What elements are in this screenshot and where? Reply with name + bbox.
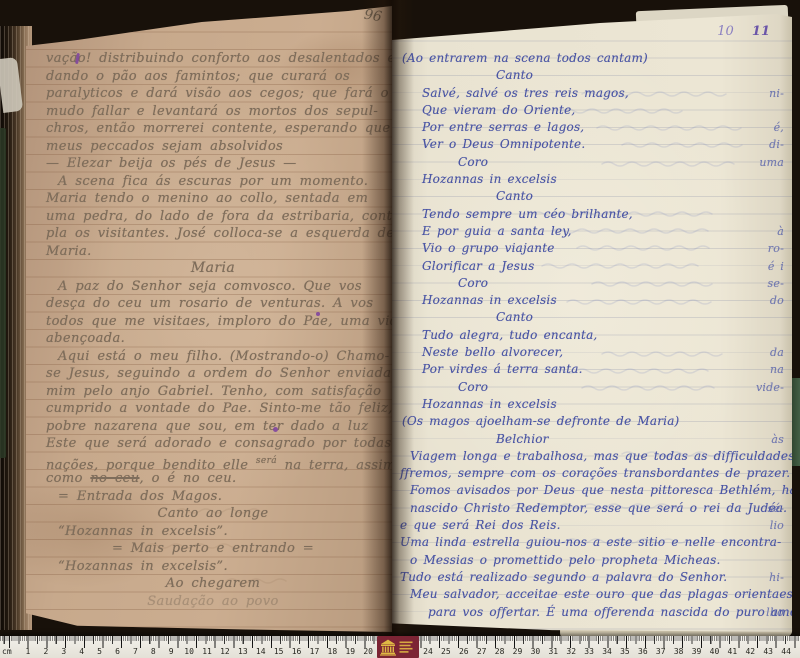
manuscript-line: Hozannas in excelsis: [422, 171, 786, 188]
ruler-number: 9: [162, 647, 180, 656]
ruler-number: 1: [19, 647, 37, 656]
ruler-number: 7: [126, 647, 144, 656]
manuscript-line: ffremos, sempre com os corações transbor…: [400, 465, 786, 482]
manuscript-line: meus peccados sejam absolvidos: [46, 138, 384, 156]
purple-ink-dot: [273, 427, 278, 432]
manuscript-line: nações, porque bendito elle será na terr…: [46, 453, 384, 471]
ruler-number: 11: [198, 647, 216, 656]
manuscript-line: Viagem longa e trabalhosa, mas que todas…: [410, 448, 786, 465]
manuscript-line: “Hozannas in excelsis”.: [58, 523, 384, 541]
ruler-number: 32: [562, 647, 580, 656]
margin-fragment: ni-: [769, 85, 784, 102]
book-cover-edge-left: [0, 128, 6, 458]
manuscript-line: Saudação ao povo: [42, 593, 384, 611]
measuring-ruler: cm 123456789101112131415161718192021 242…: [0, 636, 800, 658]
manuscript-line: Neste bello alvorecer,da: [422, 344, 786, 361]
ruler-number: 37: [652, 647, 670, 656]
ruler-number: 8: [144, 647, 162, 656]
manuscript-line: pla os visitantes. José colloca-se a esq…: [46, 225, 384, 243]
manuscript-line: (Ao entrarem na scena todos cantam): [402, 50, 786, 67]
ruler-number: 39: [688, 647, 706, 656]
ruler-numbers-left: 123456789101112131415161718192021: [19, 647, 395, 656]
manuscript-line: Salvé, salvé os tres reis magos,ni-: [422, 85, 786, 102]
manuscript-line: vação! distribuindo conforto aos desalen…: [46, 50, 384, 68]
manuscript-line: Glorificar a Jesusé i: [422, 258, 786, 275]
ruler-numbers-right: 2425262728293031323334353637383940414243…: [419, 647, 795, 656]
manuscript-line: Tudo está realizado segundo a palavra do…: [400, 569, 786, 586]
manuscript-line: Tendo sempre um céo brilhante,: [422, 206, 786, 223]
ruler-number: 3: [55, 647, 73, 656]
manuscript-line: todos que me visitaes, imploro do Pae, u…: [46, 313, 384, 331]
manuscript-line: paralyticos e dará visão aos cegos; que …: [46, 85, 384, 103]
margin-fragment: da: [770, 344, 784, 361]
archive-building-logo-icon: [377, 636, 419, 658]
ruler-number: 30: [526, 647, 544, 656]
ruler-number: 26: [455, 647, 473, 656]
manuscript-line: = Entrada dos Magos.: [58, 488, 384, 506]
manuscript-line: Que vieram do Oriente,: [422, 102, 786, 119]
purple-ink-dot: [316, 312, 320, 316]
manuscript-line: Hozannas in excelsisdo: [422, 292, 786, 309]
ruler-number: 17: [306, 647, 324, 656]
manuscript-line: “Hozannas in excelsis”.: [58, 558, 384, 576]
manuscript-line: A paz do Senhor seja comvosco. Que vos: [58, 278, 384, 296]
ruler-number: 43: [759, 647, 777, 656]
ruler-number: 6: [109, 647, 127, 656]
ruler-number: 18: [323, 647, 341, 656]
ruler-number: 36: [634, 647, 652, 656]
margin-fragment: hi-: [769, 569, 784, 586]
book-photo: 96 vação! distribuindo conforto aos desa…: [0, 0, 800, 658]
margin-fragment: se-: [768, 275, 784, 292]
ruler-number: 2: [37, 647, 55, 656]
manuscript-line: dando o pão aos famintos; que curará os: [46, 68, 384, 86]
manuscript-line: para vos offertar. É uma offerenda nasci…: [428, 604, 786, 621]
manuscript-line: Corouma: [458, 154, 786, 171]
manuscript-line: (Os magos ajoelham-se defronte de Maria): [402, 413, 786, 430]
ruler-number: 19: [341, 647, 359, 656]
margin-fragment: na: [770, 361, 784, 378]
ruler-number: 14: [252, 647, 270, 656]
manuscript-line: Canto ao longe: [42, 505, 384, 523]
manuscript-line: Aqui está o meu filho. (Mostrando-o) Cha…: [58, 348, 384, 366]
margin-fragment: di-: [769, 136, 784, 153]
manuscript-line: uma pedra, do lado de fora da estribaria…: [46, 208, 384, 226]
ruler-number: 4: [73, 647, 91, 656]
ruler-number: 38: [670, 647, 688, 656]
manuscript-line: Hozannas in excelsis: [422, 396, 786, 413]
ruler-number: 27: [473, 647, 491, 656]
ruler-number: 25: [437, 647, 455, 656]
manuscript-line: Por entre serras e lagos,é,: [422, 119, 786, 136]
manuscript-line: Maria: [42, 260, 384, 278]
manuscript-line: Canto: [496, 188, 786, 205]
manuscript-line: desça do ceu um rosario de venturas. A v…: [46, 295, 384, 313]
left-page-text: vação! distribuindo conforto aos desalen…: [26, 6, 392, 610]
margin-fragment: do: [770, 292, 784, 309]
margin-fragment: lio: [770, 517, 784, 534]
margin-fragment: ro-: [768, 240, 784, 257]
ruler-number: 41: [723, 647, 741, 656]
manuscript-line: se Jesus, seguindo a ordem do Senhor env…: [46, 365, 384, 383]
margin-fragment: é i: [768, 258, 784, 275]
manuscript-line: Por virdes á terra santa.na: [422, 361, 786, 378]
margin-fragment: à: [777, 223, 784, 240]
margin-fragment: é,: [774, 119, 784, 136]
manuscript-line: o Messias o promettido pelo propheta Mic…: [410, 552, 786, 569]
margin-fragment: vide-: [756, 379, 784, 396]
manuscript-line: Canto: [496, 67, 786, 84]
inserted-word: será: [256, 456, 277, 466]
manuscript-line: Este que será adorado e consagrado por t…: [46, 435, 384, 453]
ruler-number: 5: [91, 647, 109, 656]
manuscript-line: Ao chegarem: [42, 575, 384, 593]
margin-fragment: sé-: [768, 500, 784, 517]
ruler-number: 20: [359, 647, 377, 656]
margin-fragment: lho: [766, 604, 784, 621]
manuscript-line: abençoada.: [46, 330, 384, 348]
ruler-number: 31: [544, 647, 562, 656]
manuscript-line: E por guia a santa ley,à: [422, 223, 786, 240]
manuscript-line: mudo fallar e levantará os mortos dos se…: [46, 103, 384, 121]
ruler-number: 33: [580, 647, 598, 656]
manuscript-line: cumprido a vontade do Pae. Sinto-me tão …: [46, 400, 384, 418]
ruler-number: 10: [180, 647, 198, 656]
manuscript-line: Maria tendo o menino ao collo, sentada e…: [46, 190, 384, 208]
manuscript-line: Fomos avisados por Deus que nesta pittor…: [410, 482, 786, 499]
manuscript-line: pobre nazarena que sou, em ter dado a lu…: [46, 418, 384, 436]
manuscript-line: — Elezar beija os pés de Jesus —: [46, 155, 384, 173]
ruler-number: 13: [234, 647, 252, 656]
manuscript-line: Canto: [496, 309, 786, 326]
margin-fragment: às: [771, 431, 784, 448]
manuscript-line: como no ceu, o é no ceu.: [46, 470, 384, 488]
ruler-number: 16: [288, 647, 306, 656]
right-page: 10 11 (Ao entrarem na scena todos cantam…: [392, 14, 792, 632]
manuscript-line: = Mais perto e entrando =: [42, 540, 384, 558]
manuscript-line: chros, então morrerei contente, esperand…: [46, 120, 384, 138]
manuscript-line: Corose-: [458, 275, 786, 292]
right-page-text: (Ao entrarem na scena todos cantam) Cant…: [392, 14, 792, 621]
ruler-number: 35: [616, 647, 634, 656]
ruler-number: 15: [270, 647, 288, 656]
margin-fragment: uma: [759, 154, 784, 171]
crossed-out-word: no ceu: [90, 471, 139, 486]
manuscript-line: Ver o Deus Omnipotente.di-: [422, 136, 786, 153]
manuscript-line: Uma linda estrella guiou-nos a este siti…: [400, 534, 786, 551]
ruler-number: 34: [598, 647, 616, 656]
manuscript-line: Tudo alegra, tudo encanta,: [422, 327, 786, 344]
left-page: 96 vação! distribuindo conforto aos desa…: [26, 6, 392, 632]
manuscript-line: nascido Christo Redemptor, esse que será…: [410, 500, 786, 517]
manuscript-line: Belchioràs: [496, 431, 786, 448]
manuscript-line: Maria.: [46, 243, 384, 261]
ruler-number: 40: [706, 647, 724, 656]
ruler-number: 28: [491, 647, 509, 656]
ruler-unit-label: cm: [2, 647, 12, 656]
manuscript-line: A scena fica ás escuras por um momento.: [58, 173, 384, 191]
ruler-number: 42: [741, 647, 759, 656]
ruler-number: 29: [509, 647, 527, 656]
ruler-number: 12: [216, 647, 234, 656]
manuscript-line: Meu salvador, acceitae este ouro que das…: [410, 586, 786, 603]
manuscript-line: e que será Rei dos Reis.lio: [400, 517, 786, 534]
manuscript-line: mim pelo anjo Gabriel. Tenho, com satisf…: [46, 383, 384, 401]
manuscript-line: Corovide-: [458, 379, 786, 396]
ruler-number: 44: [777, 647, 795, 656]
manuscript-line: Vio o grupo viajantero-: [422, 240, 786, 257]
ruler-number: 24: [419, 647, 437, 656]
